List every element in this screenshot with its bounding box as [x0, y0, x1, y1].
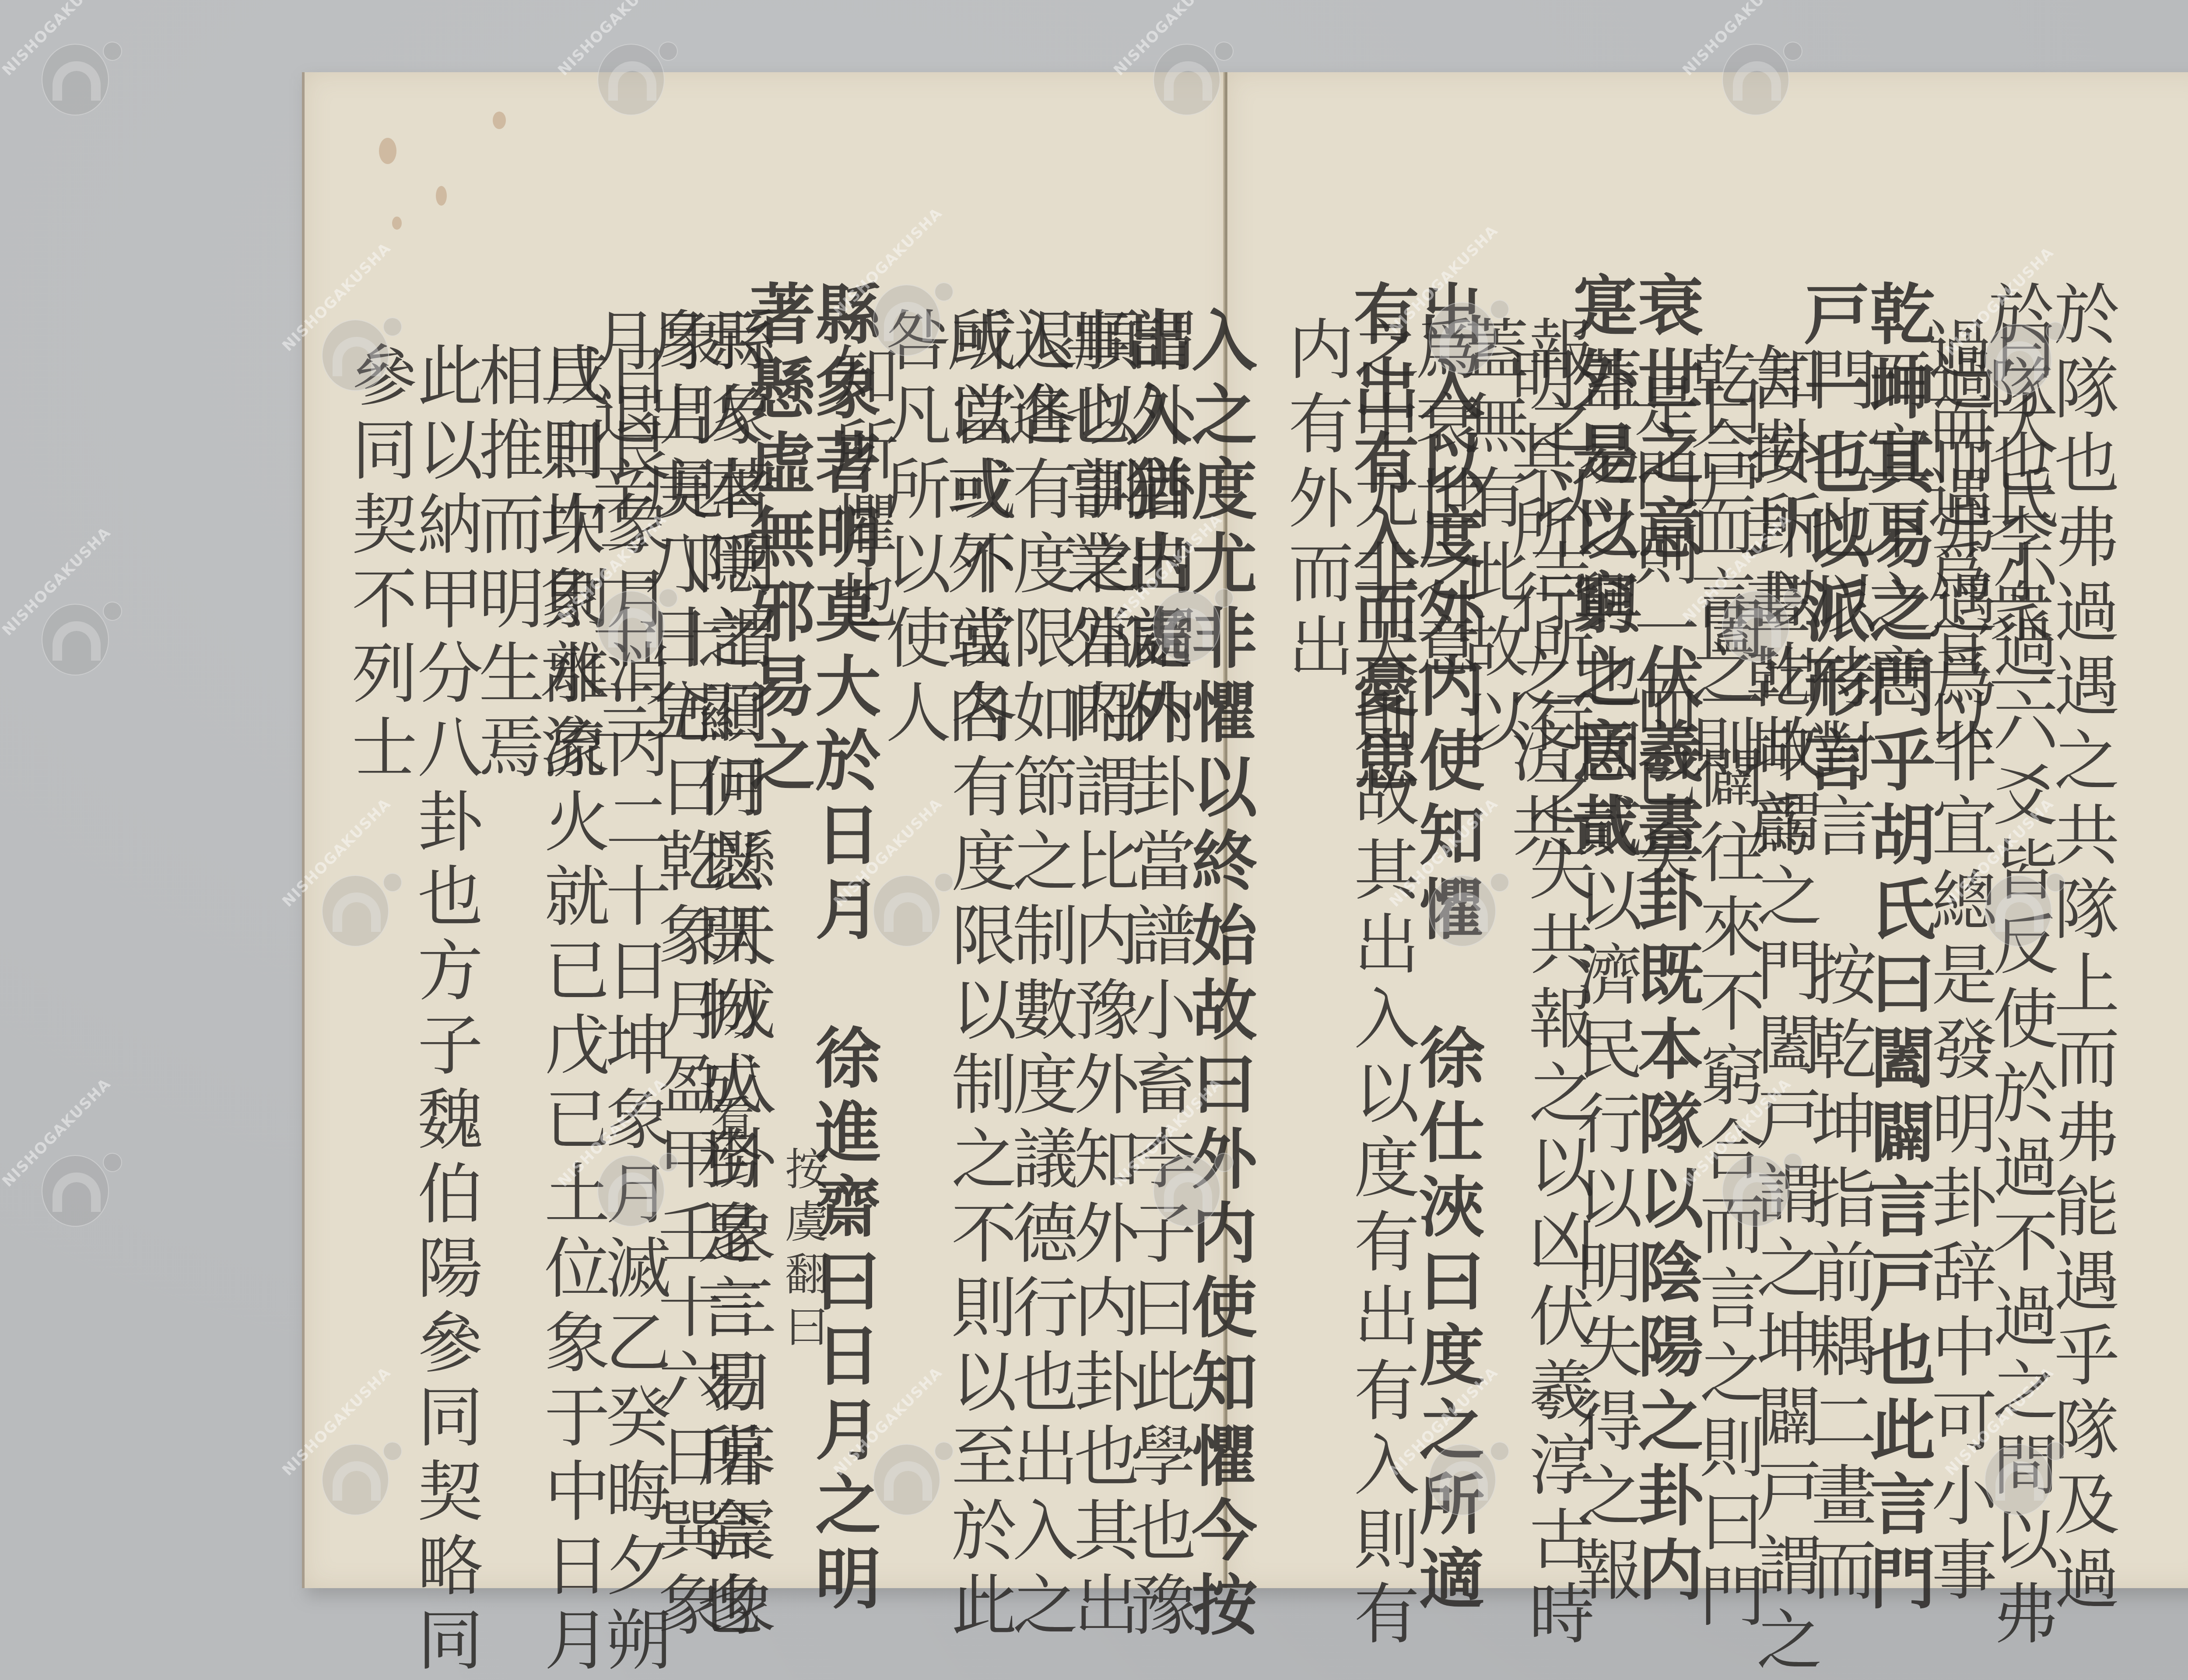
watermark-logo-icon: NISHOGAKUSHA	[1138, 22, 1230, 114]
watermark-logo-icon: NISHOGAKUSHA	[26, 1133, 118, 1225]
watermark-logo-icon: NISHOGAKUSHA	[1707, 569, 1799, 661]
annotation-note: 看	[696, 1094, 761, 1146]
watermark-logo-icon: NISHOGAKUSHA	[582, 22, 674, 114]
paper-stain	[493, 112, 506, 129]
watermark-logo-icon: NISHOGAKUSHA	[1969, 853, 2061, 945]
text-column: 戊日中則離象火就已戊已土位象于中日月相推而明生焉	[473, 341, 604, 1680]
paper-stain	[436, 186, 447, 206]
watermark-logo-icon: NISHOGAKUSHA	[1969, 302, 2061, 394]
watermark-logo-icon: NISHOGAKUSHA	[306, 297, 398, 389]
watermark-logo-icon: NISHOGAKUSHA	[858, 262, 950, 354]
watermark-logo-icon: NISHOGAKUSHA	[1413, 280, 1505, 372]
watermark-logo-icon: NISHOGAKUSHA	[858, 853, 950, 945]
watermark-logo-icon: NISHOGAKUSHA	[306, 853, 398, 945]
watermark-logo-icon: NISHOGAKUSHA	[582, 1133, 674, 1225]
watermark-logo-icon: NISHOGAKUSHA	[1707, 1133, 1799, 1225]
watermark-logo-icon: NISHOGAKUSHA	[1969, 1422, 2061, 1514]
watermark-logo-icon: NISHOGAKUSHA	[26, 22, 118, 114]
paper-stain	[379, 138, 396, 164]
paper-stain	[392, 217, 402, 230]
watermark-logo-icon: NISHOGAKUSHA	[1413, 853, 1505, 945]
watermark-logo-icon: NISHOGAKUSHA	[1138, 1133, 1230, 1225]
watermark-logo-icon: NISHOGAKUSHA	[858, 1422, 950, 1514]
watermark-logo-icon: NISHOGAKUSHA	[1413, 1422, 1505, 1514]
text-column: 之中尤非天則故其出入以度有出有入則有内有外而出	[1282, 315, 1413, 1680]
annotation-note: 按虞翻曰	[770, 1146, 836, 1356]
watermark-logo-icon: NISHOGAKUSHA	[26, 582, 118, 674]
watermark-logo-icon: NISHOGAKUSHA	[582, 569, 674, 661]
watermark-logo-icon: NISHOGAKUSHA	[1707, 22, 1799, 114]
watermark-logo-icon: NISHOGAKUSHA	[306, 1422, 398, 1514]
watermark-logo-icon: NISHOGAKUSHA	[1138, 569, 1230, 661]
